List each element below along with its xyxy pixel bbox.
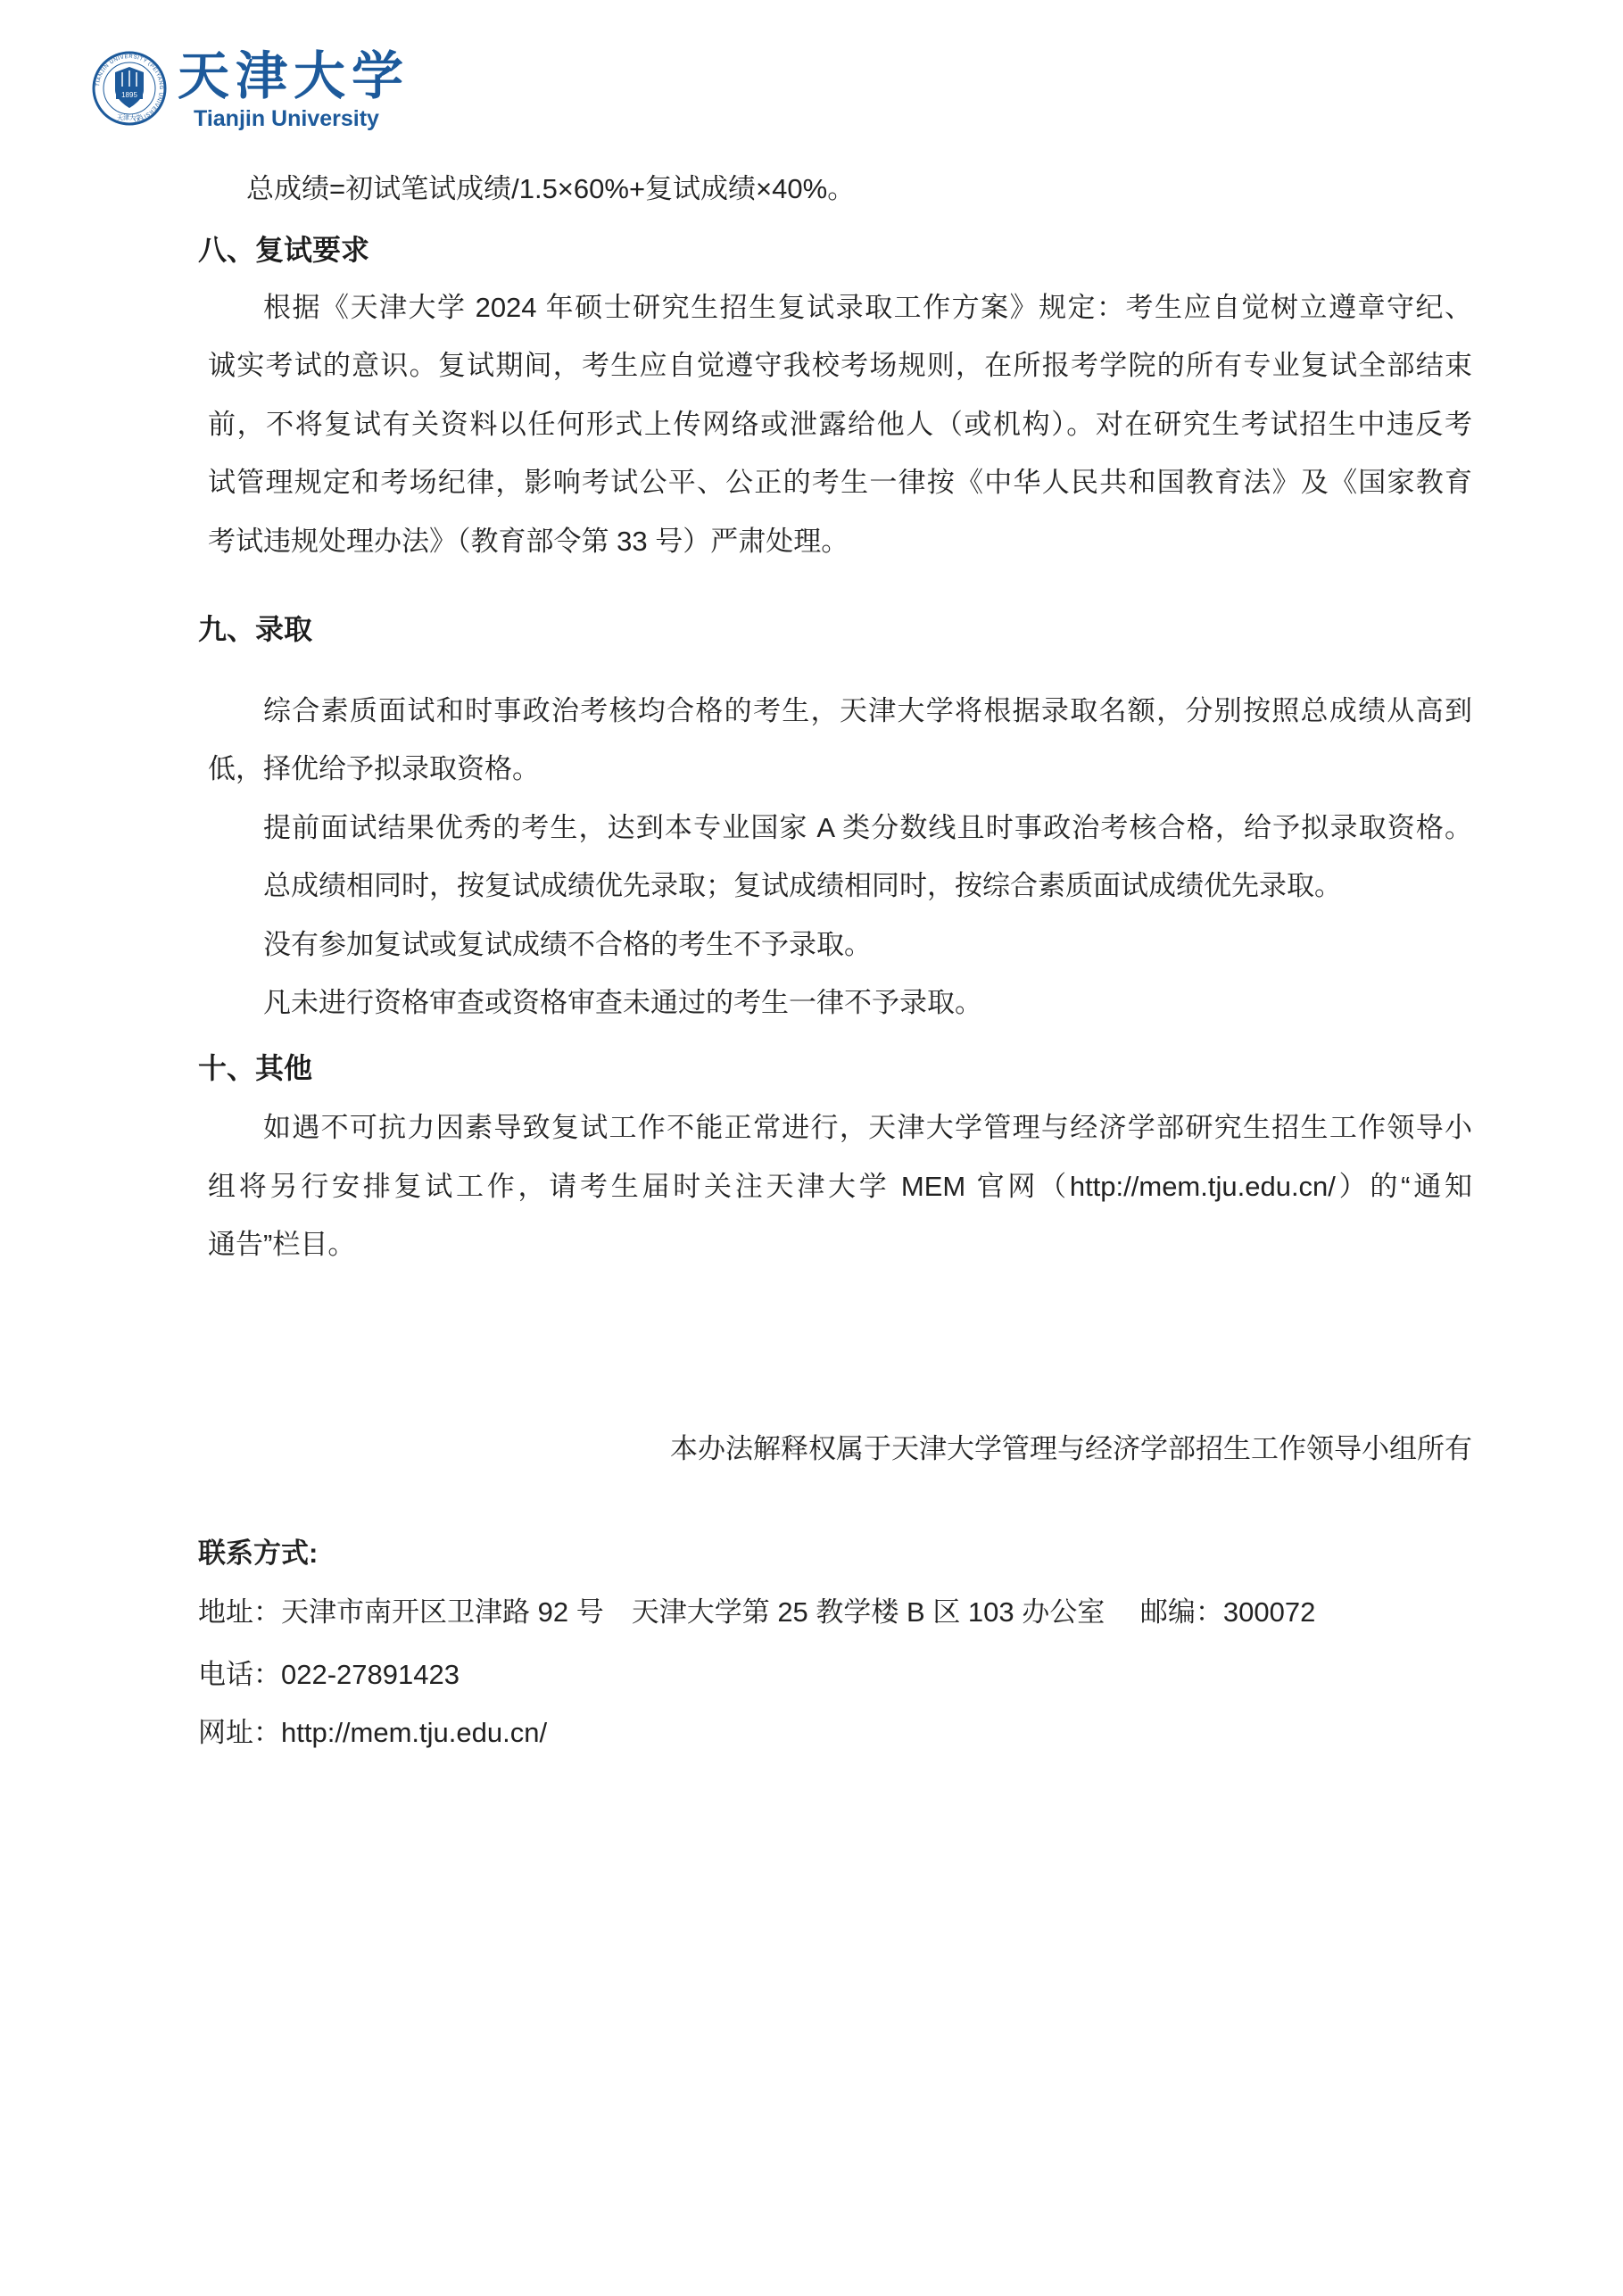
contact-website: 网址：http://mem.tju.edu.cn/ (198, 1717, 1472, 1749)
body-line: 考试违规处理办法》（教育部令第 33 号）严肃处理。 (208, 526, 1472, 558)
contact-phone: 电话：022-27891423 (198, 1659, 1472, 1691)
body-line: 根据《天津大学 2024 年硕士研究生招生复试录取工作方案》规定：考生应自觉树立… (208, 292, 1472, 324)
body-line: 低，择优给予拟录取资格。 (208, 753, 1472, 785)
rights-statement: 本办法解释权属于天津大学管理与经济学部招生工作领导小组所有 (208, 1433, 1472, 1465)
document-page: TIANJIN UNIVERSITY (PEIYANG UNIVERSITY) … (0, 0, 1623, 2296)
university-wordmark-en: Tianjin University (194, 107, 410, 130)
section-heading-9: 九、录取 (198, 612, 1472, 646)
body-line: 试管理规定和考场纪律，影响考试公平、公正的考生一律按《中华人民共和国教育法》及《… (208, 467, 1472, 499)
university-wordmark: 天津大学 (178, 45, 410, 107)
university-logo: TIANJIN UNIVERSITY (PEIYANG UNIVERSITY) … (92, 45, 410, 130)
university-seal-icon: TIANJIN UNIVERSITY (PEIYANG UNIVERSITY) … (92, 51, 167, 126)
body-line: 总成绩相同时，按复试成绩优先录取；复试成绩相同时，按综合素质面试成绩优先录取。 (208, 870, 1472, 902)
svg-text:1895: 1895 (121, 91, 137, 99)
body-line: 提前面试结果优秀的考生，达到本专业国家 A 类分数线且时事政治考核合格，给予拟录… (208, 812, 1472, 844)
total-score-formula: 总成绩=初试笔试成绩/1.5×60%+复试成绩×40%。 (246, 173, 855, 205)
body-line: 诚实考试的意识。复试期间，考生应自觉遵守我校考场规则，在所报考学院的所有专业复试… (208, 350, 1472, 382)
svg-text:天津大学: 天津大学 (117, 113, 142, 121)
body-line: 通告”栏目。 (208, 1229, 1472, 1261)
section-heading-8: 八、复试要求 (198, 233, 1472, 267)
contact-address: 地址：天津市南开区卫津路 92 号 天津大学第 25 教学楼 B 区 103 办… (198, 1596, 1472, 1629)
body-line: 前，不将复试有关资料以任何形式上传网络或泄露给他人（或机构）。对在研究生考试招生… (208, 409, 1472, 441)
section-heading-10: 十、其他 (198, 1051, 1472, 1085)
contact-title: 联系方式: (198, 1538, 1472, 1570)
body-line: 没有参加复试或复试成绩不合格的考生不予录取。 (208, 929, 1472, 961)
body-line: 组将另行安排复试工作，请考生届时关注天津大学 MEM 官网（http://mem… (208, 1171, 1472, 1203)
university-wordmark-block: 天津大学 Tianjin University (178, 45, 410, 130)
body-line: 综合素质面试和时事政治考核均合格的考生，天津大学将根据录取名额，分别按照总成绩从… (208, 695, 1472, 727)
body-line: 凡未进行资格审查或资格审查未通过的考生一律不予录取。 (208, 987, 1472, 1019)
body-line: 如遇不可抗力因素导致复试工作不能正常进行，天津大学管理与经济学部研究生招生工作领… (208, 1112, 1472, 1144)
